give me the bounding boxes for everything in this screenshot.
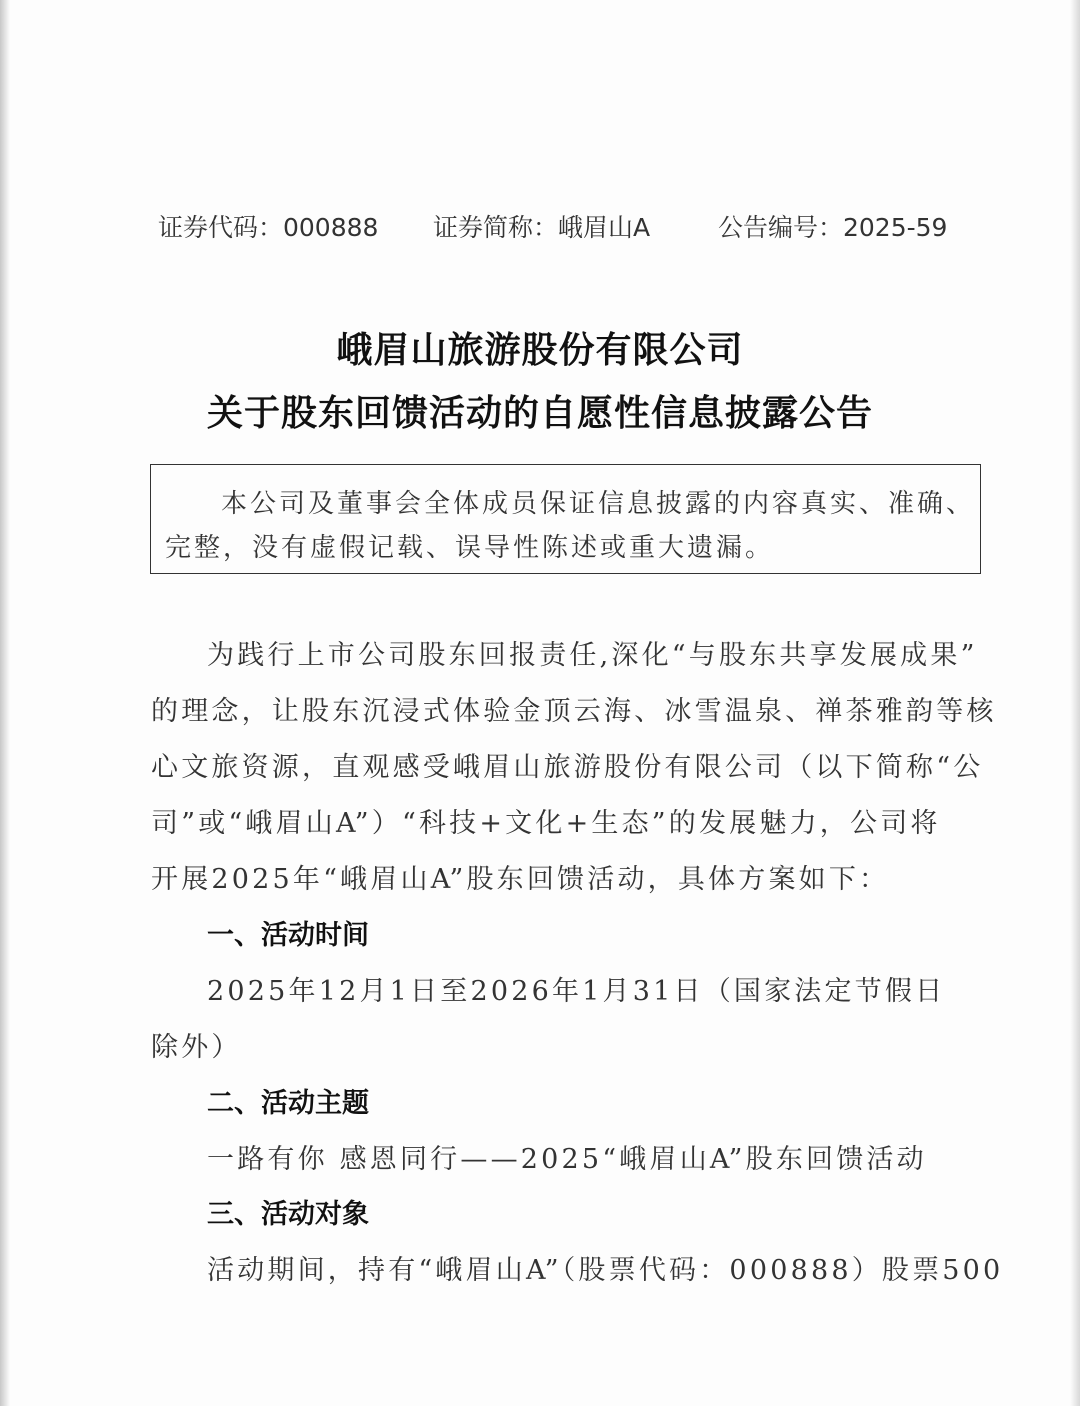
paragraph-line: 的理念，让股东沉浸式体验金顶云海、冰雪温泉、禅茶雅韵等核 xyxy=(151,689,997,728)
page-shadow-right xyxy=(1070,0,1080,1406)
paragraph-line: 为践行上市公司股东回报责任,深化“与股东共享发展成果” xyxy=(207,633,978,672)
disclaimer-box: 本公司及董事会全体成员保证信息披露的内容真实、准确、 完整，没有虚假记载、误导性… xyxy=(150,464,981,574)
paragraph-line: 心文旅资源，直观感受峨眉山旅游股份有限公司（以下简称“公 xyxy=(151,745,983,784)
announcement-number: 公告编号：2025-59 xyxy=(718,208,947,244)
paragraph-line: 一路有你 感恩同行——2025“峨眉山A”股东回馈活动 xyxy=(207,1137,927,1176)
section-heading: 一、活动时间 xyxy=(207,913,369,952)
security-abbreviation: 证券简称：峨眉山A xyxy=(433,208,650,244)
page-shadow-left xyxy=(0,0,10,1406)
title-subject: 关于股东回馈活动的自愿性信息披露公告 xyxy=(0,385,1080,436)
security-code: 证券代码：000888 xyxy=(158,208,378,244)
paragraph-line: 开展2025年“峨眉山A”股东回馈活动，具体方案如下： xyxy=(151,857,889,896)
section-heading: 三、活动对象 xyxy=(207,1192,369,1231)
disclaimer-line: 本公司及董事会全体成员保证信息披露的内容真实、准确、 xyxy=(221,483,975,520)
paragraph-line: 司”或“峨眉山A”）“科技+文化+生态”的发展魅力，公司将 xyxy=(151,801,941,840)
document-header: 证券代码：000888 证券简称：峨眉山A 公告编号：2025-59 xyxy=(158,208,932,248)
title-company: 峨眉山旅游股份有限公司 xyxy=(0,322,1080,373)
disclaimer-line: 完整，没有虚假记载、误导性陈述或重大遗漏。 xyxy=(165,527,774,564)
paragraph-line: 活动期间，持有“峨眉山A”（股票代码：000888）股票500 xyxy=(207,1248,1003,1287)
paragraph-line: 2025年12月1日至2026年1月31日（国家法定节假日 xyxy=(207,969,945,1008)
paragraph-line: 除外） xyxy=(151,1025,242,1064)
section-heading: 二、活动主题 xyxy=(207,1081,369,1120)
